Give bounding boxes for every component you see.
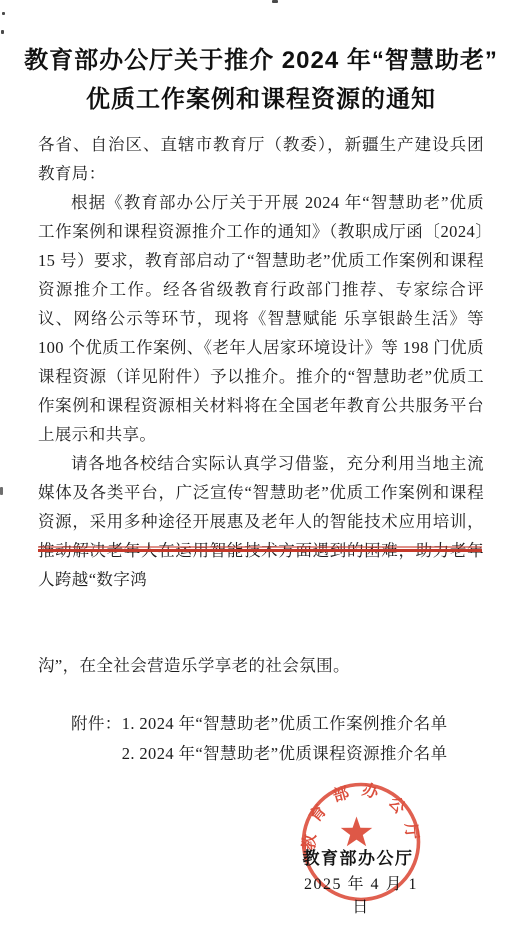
salutation: 各省、自治区、直辖市教育厅（教委），新疆生产建设兵团教育局： [38, 130, 484, 188]
document-date: 2025 年 4 月 1 日 [296, 871, 426, 917]
paragraph-2: 请各地各校结合实际认真学习借鉴，充分利用当地主流媒体及各类平台，广泛宣传“智慧助… [38, 449, 484, 594]
document-title: 教育部办公厅关于推介 2024 年“智慧助老” 优质工作案例和课程资源的通知 [0, 41, 522, 119]
scan-speck [0, 487, 3, 495]
document-body: 各省、自治区、直辖市教育厅（教委），新疆生产建设兵团教育局： 根据《教育部办公厅… [38, 130, 484, 594]
document-page: 教育部办公厅关于推介 2024 年“智慧助老” 优质工作案例和课程资源的通知 各… [0, 0, 522, 940]
paragraph-1: 根据《教育部办公厅关于开展 2024 年“智慧助老”优质工作案例和课程资源推介工… [38, 188, 484, 449]
scan-speck [2, 12, 5, 15]
attachment-item-2: 2. 2024 年“智慧助老”优质课程资源推介名单 [122, 739, 448, 769]
document-title-line1: 教育部办公厅关于推介 2024 年“智慧助老” [0, 41, 522, 80]
document-title-line2: 优质工作案例和课程资源的通知 [0, 80, 522, 119]
scan-speck [272, 0, 278, 3]
attachments-list: 附件： 1. 2024 年“智慧助老”优质工作案例推介名单 2. 2024 年“… [71, 709, 447, 769]
red-divider-thin [38, 546, 482, 548]
attachments-label: 附件： [71, 709, 122, 769]
attachment-item-1: 1. 2024 年“智慧助老”优质工作案例推介名单 [122, 709, 448, 739]
scan-speck [1, 30, 4, 34]
red-divider-line [38, 546, 482, 553]
signature: 教育部办公厅 [296, 844, 420, 869]
attachments-items: 1. 2024 年“智慧助老”优质工作案例推介名单 2. 2024 年“智慧助老… [122, 709, 448, 769]
paragraph-2-continuation: 沟”，在全社会营造乐学享老的社会氛围。 [38, 651, 484, 680]
seal-star-icon [341, 817, 372, 847]
red-divider-thick [38, 549, 482, 552]
